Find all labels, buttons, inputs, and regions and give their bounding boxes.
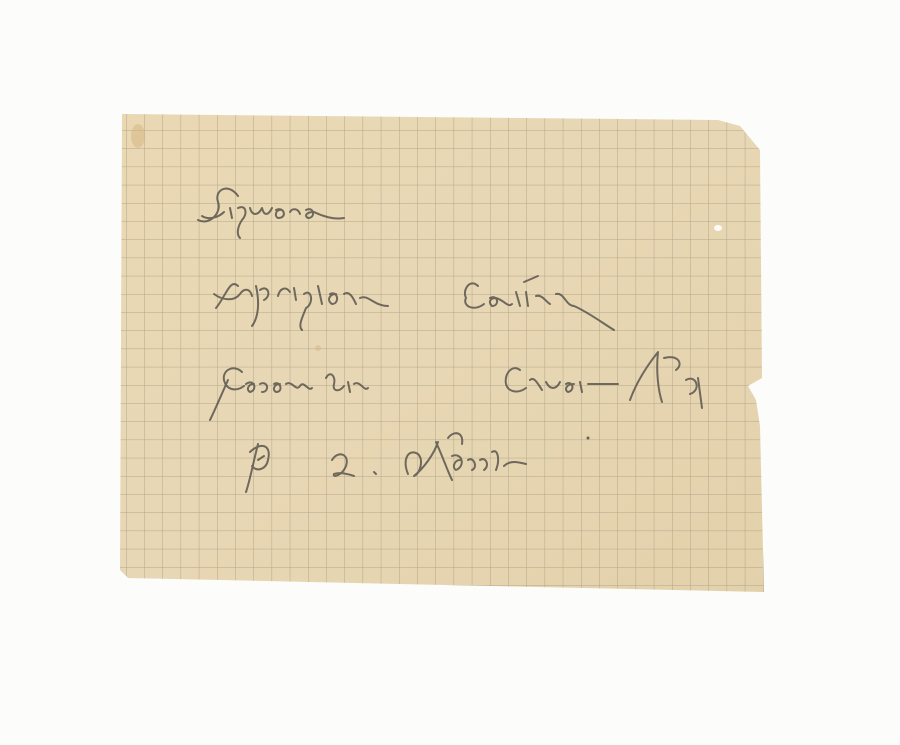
scan-background: Signora Capriglione Leontina Cascano via… (0, 0, 900, 745)
paper-svg (118, 108, 764, 594)
graph-paper-note: Signora Capriglione Leontina Cascano via… (118, 108, 764, 594)
